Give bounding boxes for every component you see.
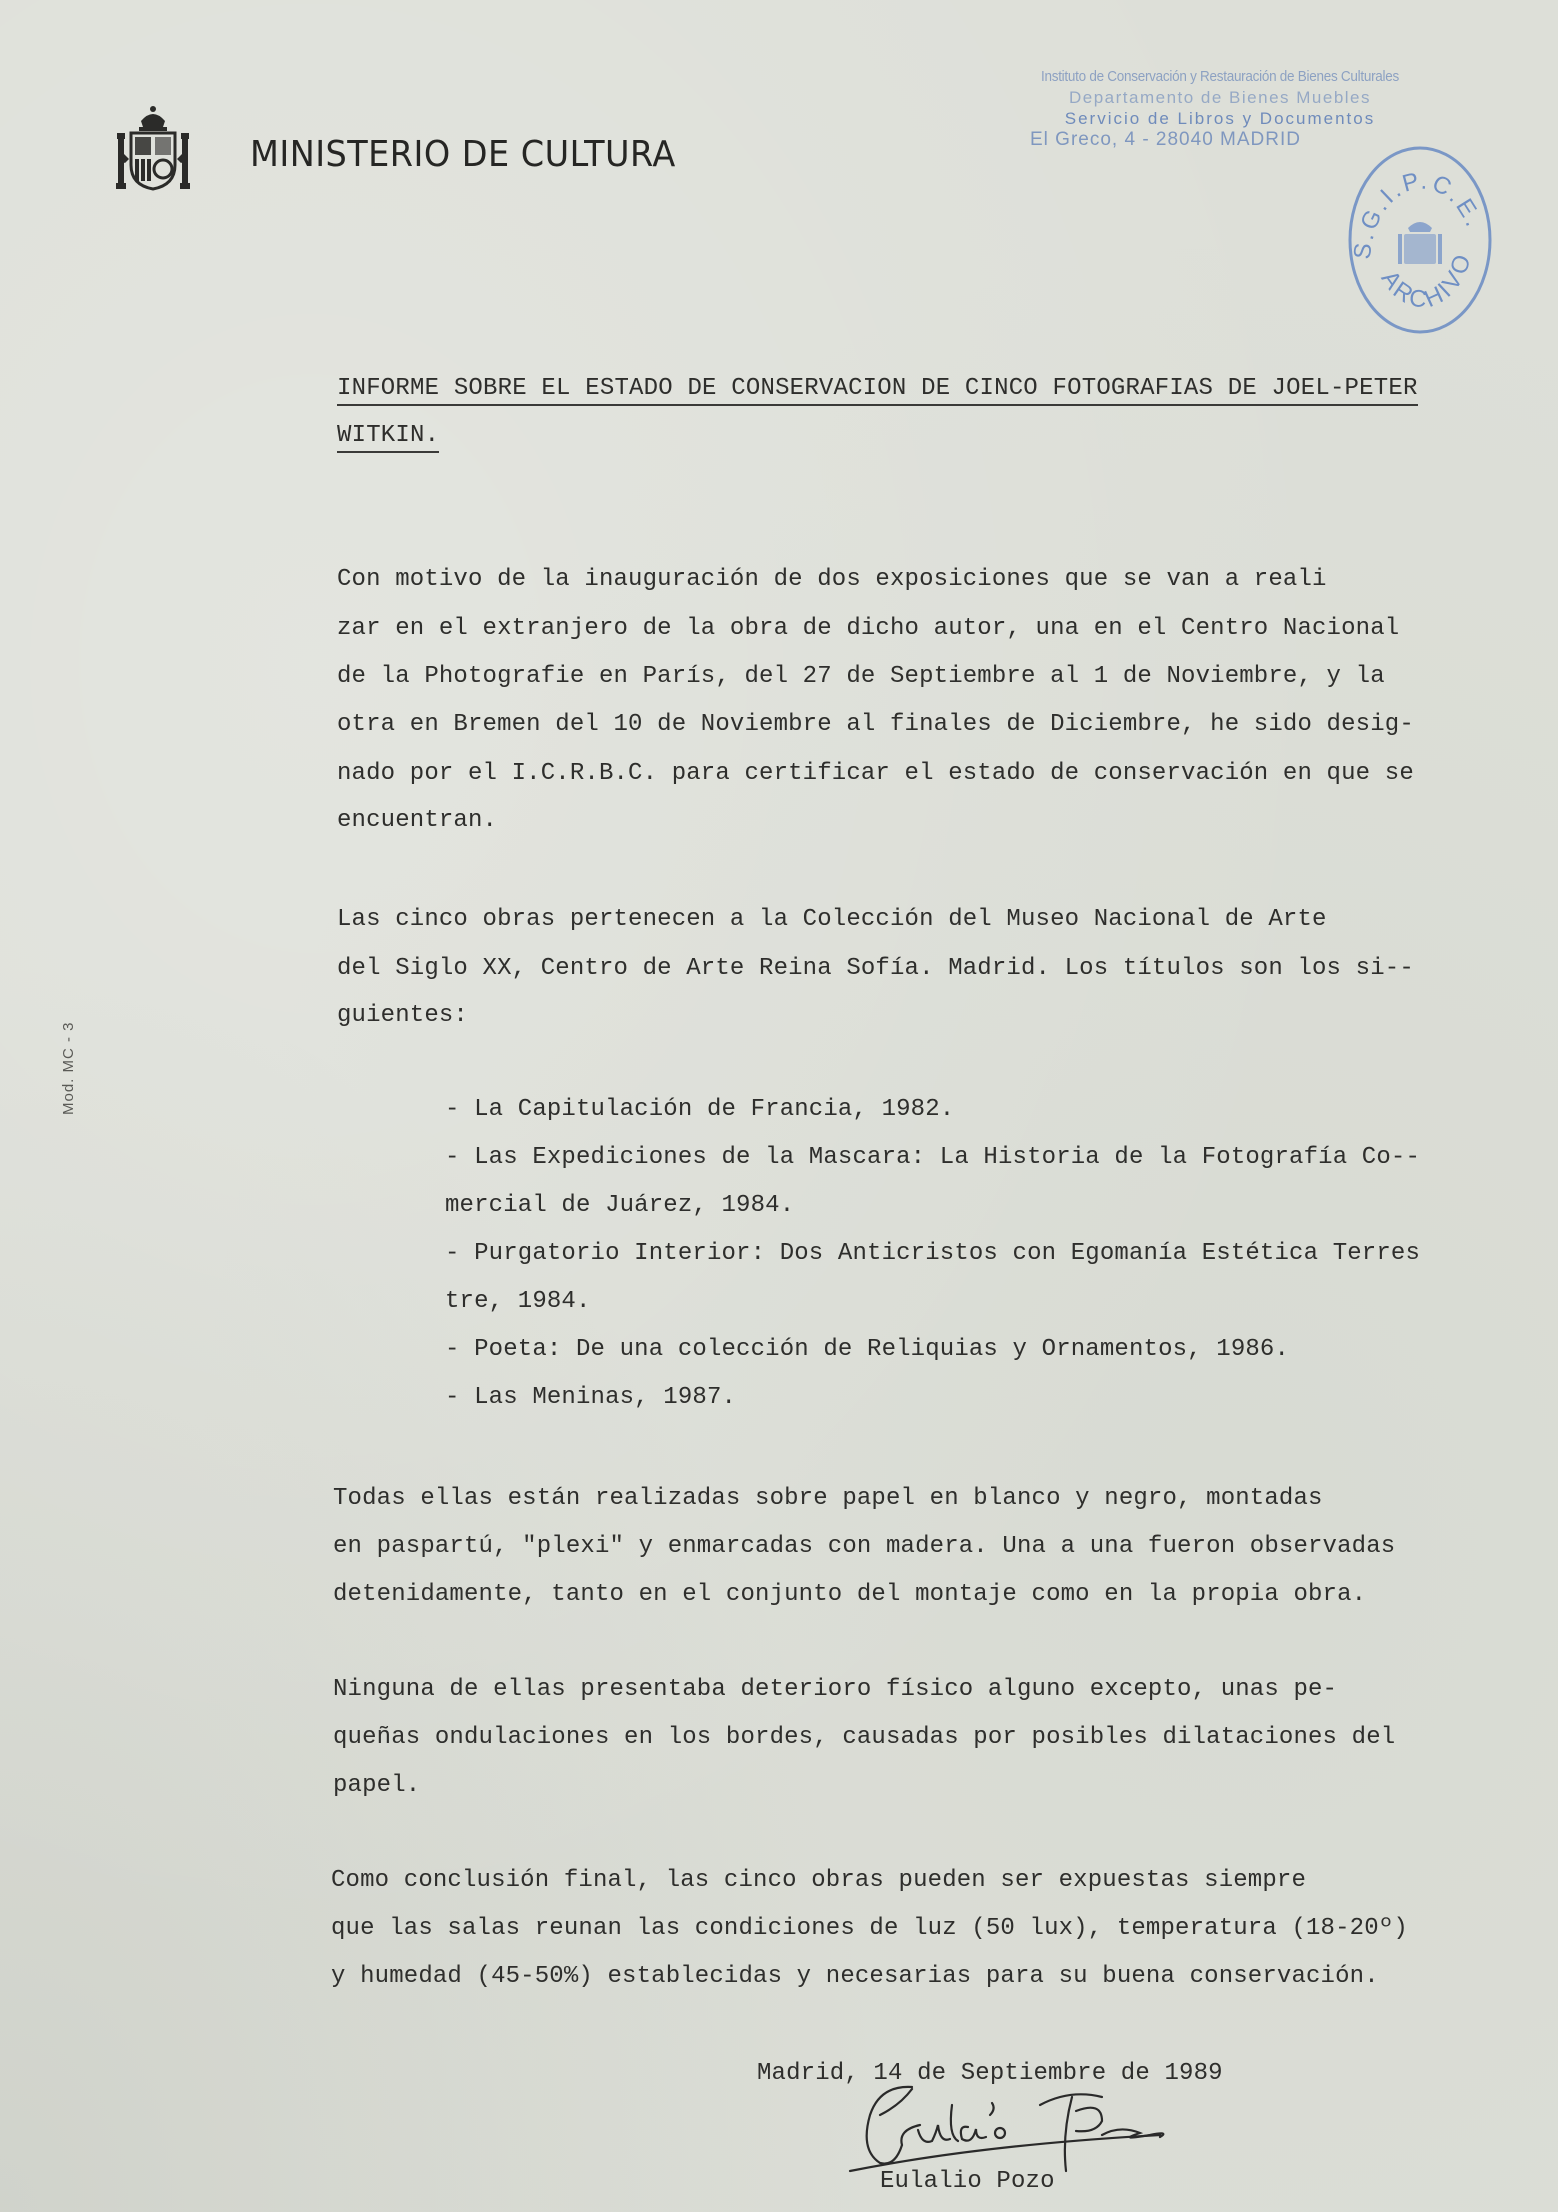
text-line: Todas ellas están realizadas sobre papel… (333, 1485, 1323, 1512)
document-title-line: INFORME SOBRE EL ESTADO DE CONSERVACION … (337, 375, 1418, 406)
text-line: queñas ondulaciones en los bordes, causa… (333, 1724, 1395, 1751)
ministry-name: MINISTERIO DE CULTURA (250, 134, 676, 175)
list-item: - Poeta: De una colección de Reliquias y… (445, 1336, 1289, 1363)
list-item: - Las Expediciones de la Mascara: La His… (445, 1144, 1420, 1171)
text-line: y humedad (45-50%) establecidas y necesa… (331, 1963, 1379, 1990)
list-item: mercial de Juárez, 1984. (445, 1192, 794, 1219)
list-item: - Las Meninas, 1987. (445, 1384, 736, 1411)
text-line: Ninguna de ellas presentaba deterioro fí… (333, 1676, 1337, 1703)
text-line: Como conclusión final, las cinco obras p… (331, 1867, 1306, 1894)
archive-stamp-icon: S.G.I.P.C.E. ARCHIVO (1340, 140, 1500, 340)
institute-stamp-line: Servicio de Libros y Documentos (985, 108, 1455, 129)
text-line: de la Photografie en París, del 27 de Se… (337, 663, 1385, 690)
text-line: nado por el I.C.R.B.C. para certificar e… (337, 760, 1414, 787)
document-title-line: WITKIN. (337, 422, 439, 453)
list-item: tre, 1984. (445, 1288, 591, 1315)
text-line: encuentran. (337, 807, 497, 834)
signatory-name: Eulalio Pozo (880, 2168, 1055, 2195)
text-line: del Siglo XX, Centro de Arte Reina Sofía… (337, 955, 1414, 982)
form-model-mark: Mod. MC - 3 (60, 1021, 77, 1115)
text-line: Con motivo de la inauguración de dos exp… (337, 566, 1327, 593)
text-line: papel. (333, 1772, 420, 1799)
text-line: otra en Bremen del 10 de Noviembre al fi… (337, 711, 1414, 738)
institute-stamp-line: Departamento de Bienes Muebles (985, 87, 1455, 108)
text-line: Las cinco obras pertenecen a la Colecció… (337, 906, 1327, 933)
text-line: en paspartú, "plexi" y enmarcadas con ma… (333, 1533, 1395, 1560)
text-line: zar en el extranjero de la obra de dicho… (337, 615, 1399, 642)
institute-stamp-line: Instituto de Conservación y Restauración… (1009, 66, 1432, 87)
list-item: - Purgatorio Interior: Dos Anticristos c… (445, 1240, 1420, 1267)
coat-of-arms-icon (113, 103, 193, 191)
text-line: guientes: (337, 1002, 468, 1029)
institute-stamp: Instituto de Conservación y Restauración… (985, 66, 1455, 150)
list-item: - La Capitulación de Francia, 1982. (445, 1096, 954, 1123)
text-line: detenidamente, tanto en el conjunto del … (333, 1581, 1366, 1608)
text-line: que las salas reunan las condiciones de … (331, 1915, 1408, 1942)
